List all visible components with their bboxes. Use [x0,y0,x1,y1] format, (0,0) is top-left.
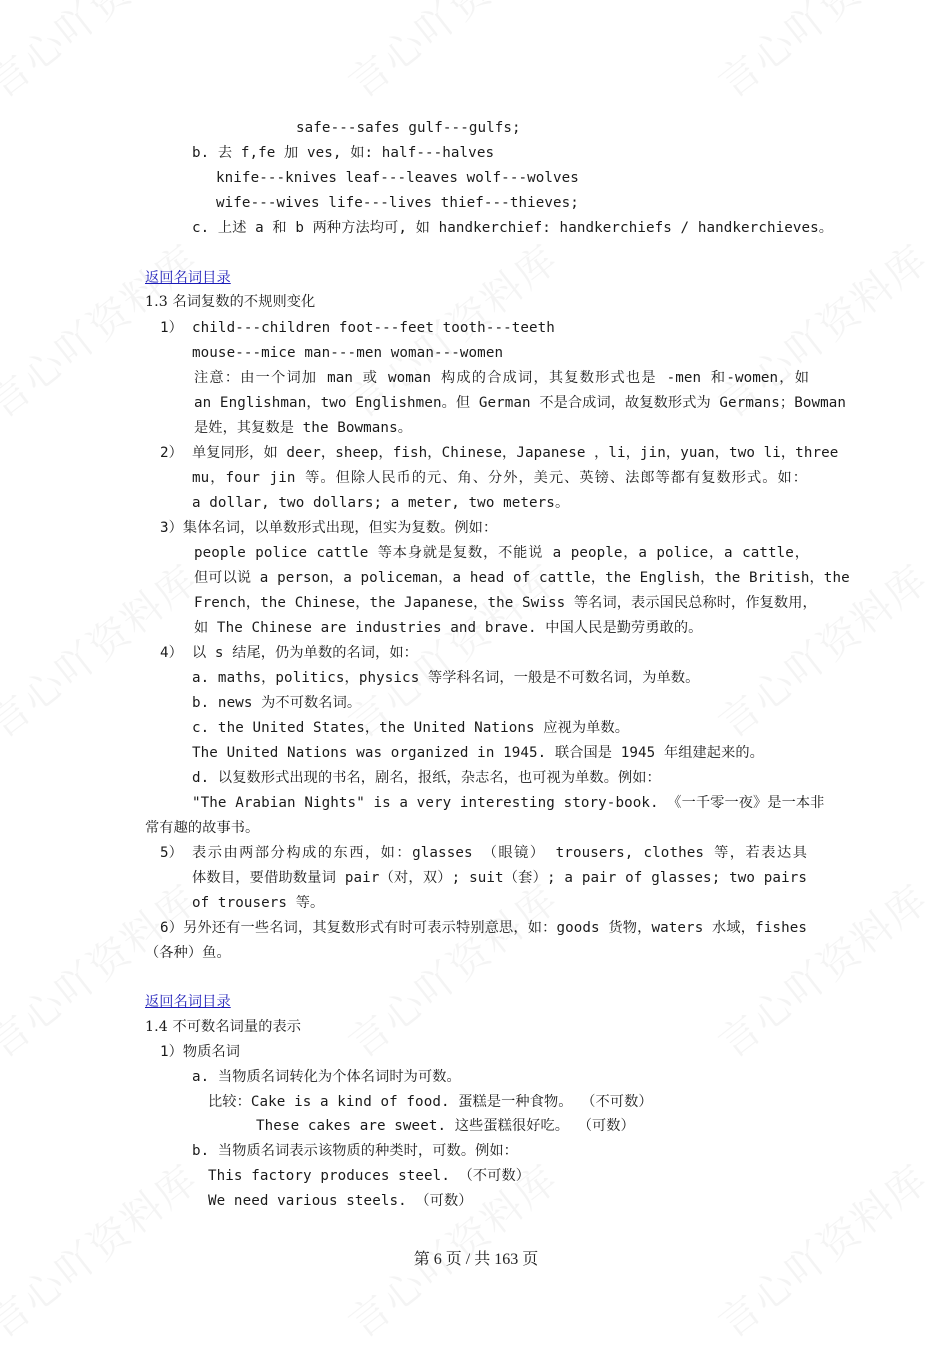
back-to-noun-index-link[interactable]: 返回名词目录 [145,268,231,288]
item-number-5: 5） [160,843,183,863]
item2-line-2: mu，four jin 等。但除人民币的元、角、分外，美元、英镑、法郎等都有复数… [192,468,807,488]
item3-line-2: people police cattle 等本身就是复数，不能说 a peopl… [194,543,809,563]
example-row-2: wife---wives life---lives thief---thieve… [216,193,579,213]
example-safe-gulf: safe---safes gulf---gulfs; [296,118,521,138]
compare-line-1: 比较：Cake is a kind of food. 蛋糕是一种食物。 （不可数… [208,1092,653,1112]
item5-line-2: 体数目，要借助数量词 pair（对，双）; suit（套）; a pair of… [192,868,807,888]
item-number-4: 4） [160,643,183,663]
item-number-1: 1） [160,318,183,338]
item4-c: c. the United States，the United Nations … [192,718,629,738]
page-footer: 第 6 页 / 共 163 页 [0,1246,952,1269]
rule-item-c: c. 上述 a 和 b 两种方法均可, 如 handkerchief: hand… [192,218,833,238]
item4-d-example-1: "The Arabian Nights" is a very interesti… [192,793,807,813]
item6-line-2: （各种）鱼。 [145,943,231,963]
section-heading-1-3: 1.3 名词复数的不规则变化 [145,292,315,312]
item3-line-5: 如 The Chinese are industries and brave. … [194,618,702,638]
rule-item-b: b. 去 f,fe 加 ves, 如: half---halves [192,143,494,163]
item5-line-1: 表示由两部分构成的东西，如：glasses （眼镜） trousers, clo… [192,843,807,863]
item4-d: d. 以复数形式出现的书名，剧名，报纸，杂志名，也可视为单数。例如： [192,768,661,788]
item3-line-3: 但可以说 a person，a policeman，a head of catt… [194,568,809,588]
document-page: safe---safes gulf---gulfs; b. 去 f,fe 加 v… [0,0,952,1347]
item4-a: a. maths，politics，physics 等学科名词，一般是不可数名词… [192,668,699,688]
item-number-2: 2） [160,443,183,463]
irregular-plurals-row-2: mouse---mice man---men woman---women [192,343,503,363]
note-line-3: 是姓，其复数是 the Bowmans。 [194,418,412,438]
section-heading-1-4: 1.4 不可数名词量的表示 [145,1017,301,1037]
note-line-1: 注意：由一个词加 man 或 woman 构成的合成词，其复数形式也是 -men… [194,368,809,388]
item3-line-4: French，the Chinese，the Japanese，the Swis… [194,593,809,613]
item2-line-3: a dollar, two dollars; a meter, two mete… [192,493,569,513]
item3-line-1: 3）集体名词，以单数形式出现，但实为复数。例如： [160,518,497,538]
example-line-2: We need various steels. （可数） [208,1191,473,1211]
example-row-1: knife---knives leaf---leaves wolf---wolv… [216,168,579,188]
material-noun-a: a. 当物质名词转化为个体名词时为可数。 [192,1067,461,1087]
item2-line-1: 单复同形，如 deer，sheep，fish，Chinese，Japanese … [192,443,807,463]
item6-line-1: 6）另外还有一些名词，其复数形式有时可表示特别意思，如：goods 货物，wat… [160,918,807,938]
item5-line-3: of trousers 等。 [192,893,324,913]
material-noun-b: b. 当物质名词表示该物质的种类时，可数。例如： [192,1141,518,1161]
example-line-1: This factory produces steel. （不可数） [208,1166,530,1186]
item4-line-1: 以 s 结尾，仍为单数的名词，如： [192,643,418,663]
item4-c-example: The United Nations was organized in 1945… [192,743,764,763]
back-to-noun-index-link-2[interactable]: 返回名词目录 [145,992,231,1012]
compare-line-2: These cakes are sweet. 这些蛋糕很好吃。 （可数） [256,1116,635,1136]
item4-d-example-2: 常有趣的故事书。 [145,818,259,838]
material-noun-item: 1）物质名词 [160,1042,240,1062]
note-line-2: an Englishman，two Englishmen。但 German 不是… [194,393,809,413]
item4-b: b. news 为不可数名词。 [192,693,361,713]
irregular-plurals-row-1: child---children foot---feet tooth---tee… [192,318,555,338]
